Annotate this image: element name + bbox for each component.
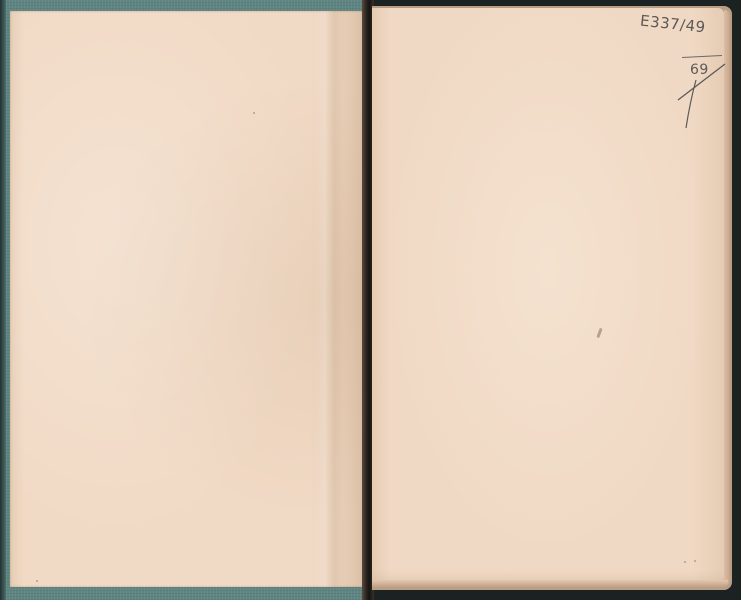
page-bottom-edge [372, 580, 728, 587]
left-endpaper [10, 11, 363, 587]
paper-speck [36, 580, 38, 582]
paper-crease [313, 11, 343, 587]
book-photo: E337/49 69 [0, 0, 741, 600]
paper-speck [684, 561, 686, 563]
cover-edge-shadow [0, 0, 6, 600]
paper-speck [253, 112, 255, 114]
pencil-strikethrough-icon [670, 50, 730, 130]
paper-speck [694, 560, 696, 562]
